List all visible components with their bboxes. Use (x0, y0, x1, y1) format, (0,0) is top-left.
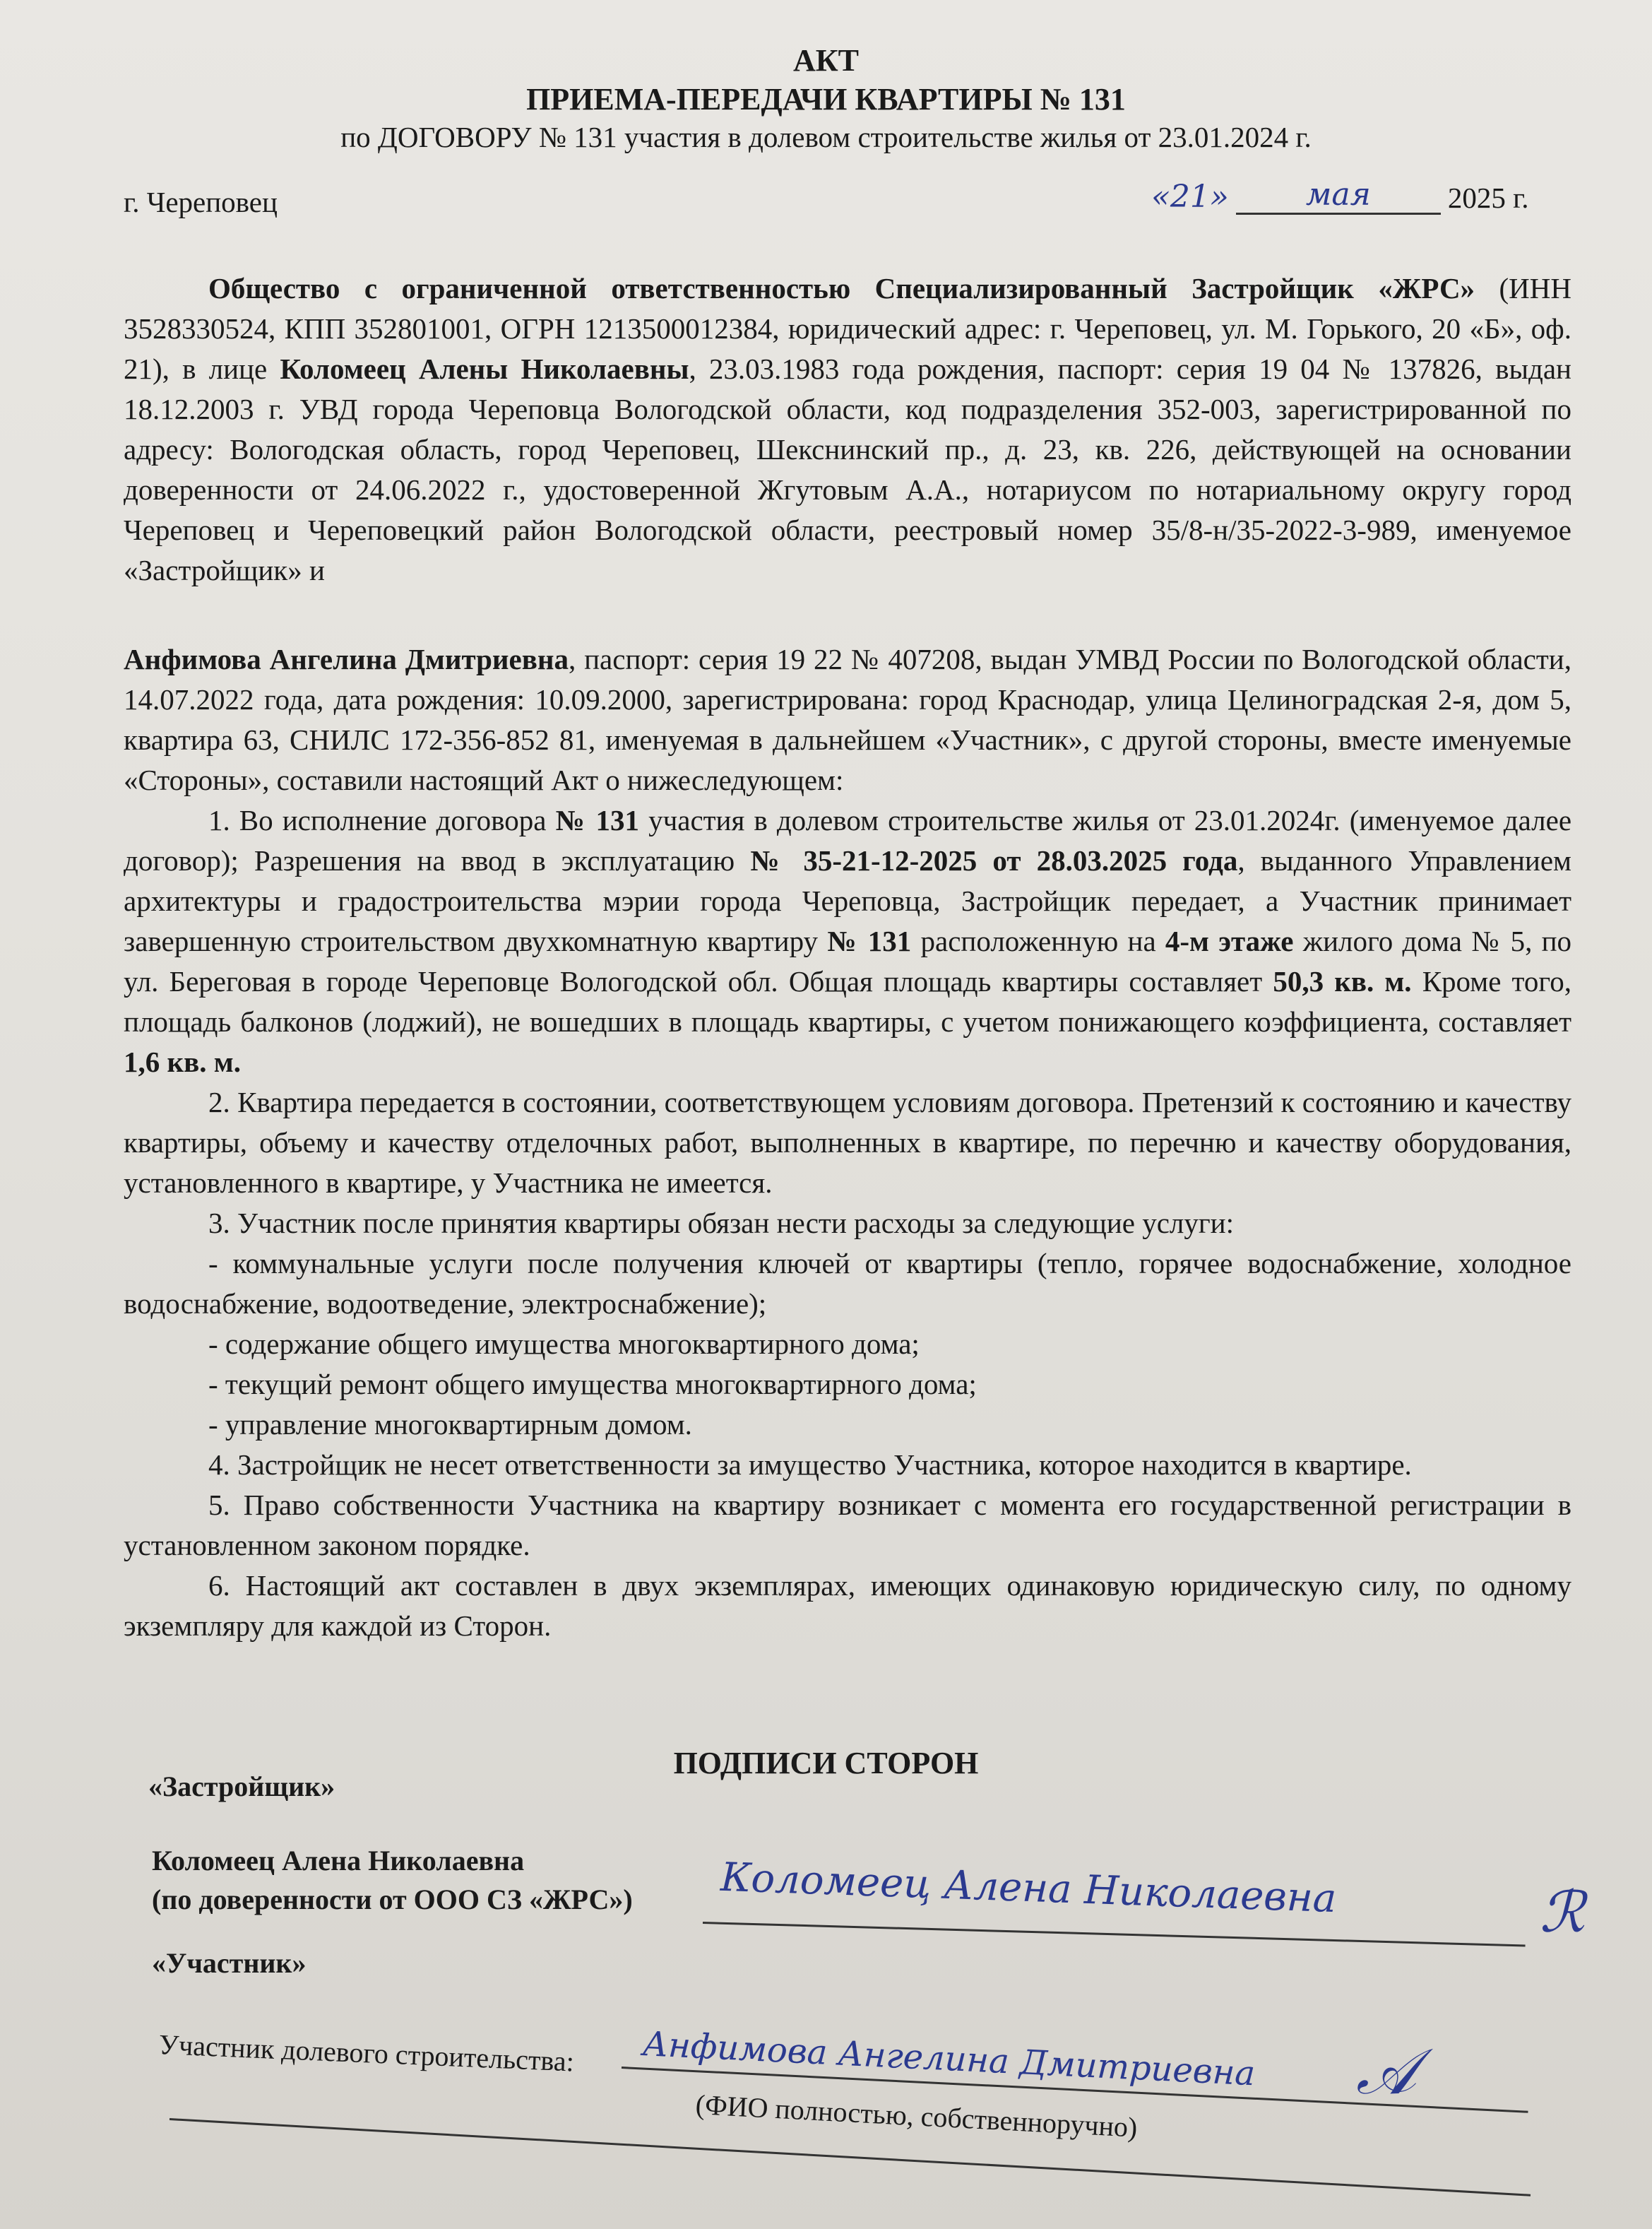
document-date: «21» мая 2025 г. (1151, 177, 1529, 215)
participant-name: Анфимова Ангелина Дмитриевна (124, 643, 569, 675)
clause-3-item: - содержание общего имущества многокварт… (124, 1324, 1571, 1364)
doc-subtitle: ПРИЕМА-ПЕРЕДАЧИ КВАРТИРЫ № 131 (0, 81, 1652, 117)
developer-company-name: Общество с ограниченной ответственностью… (208, 272, 1475, 305)
clause-3-item: - коммунальные услуги после получения кл… (124, 1243, 1571, 1324)
participant-signature-mark: 𝒜 (1356, 2035, 1416, 2110)
clause-5: 5. Право собственности Участника на квар… (124, 1485, 1571, 1566)
developer-signatory-basis: (по доверенности от ООО СЗ «ЖРС») (152, 1883, 633, 1916)
developer-signature-line (703, 1922, 1526, 1947)
participant-field-label: Участник долевого строительства: (158, 2028, 575, 2079)
clause-3-item: - управление многоквартирным домом. (124, 1405, 1571, 1445)
clause-2: 2. Квартира передается в состоянии, соот… (124, 1082, 1571, 1203)
clause-1: 1. Во исполнение договора № 131 участия … (124, 800, 1571, 1082)
city: г. Череповец (124, 185, 278, 219)
contract-reference: по ДОГОВОРУ № 131 участия в долевом стро… (0, 120, 1652, 154)
developer-label: «Застройщик» (148, 1770, 335, 1803)
developer-representative: Коломеец Алены Николаевны (280, 353, 689, 385)
year: 2025 г. (1448, 181, 1529, 215)
clause-6: 6. Настоящий акт составлен в двух экземп… (124, 1566, 1571, 1646)
handwritten-day: «21» (1151, 179, 1229, 215)
developer-signature-mark: ℛ (1540, 1879, 1585, 1945)
handwritten-month: мая (1236, 177, 1441, 215)
developer-paragraph: Общество с ограниченной ответственностью… (124, 268, 1571, 591)
participant-paragraph: Анфимова Ангелина Дмитриевна, паспорт: с… (124, 639, 1571, 1646)
participant-field-hint: (ФИО полностью, собственноручно) (695, 2088, 1139, 2144)
extra-signature-line (170, 2118, 1531, 2197)
clause-3: 3. Участник после принятия квартиры обяз… (124, 1203, 1571, 1243)
clause-4: 4. Застройщик не несет ответственности з… (124, 1445, 1571, 1485)
document-page: АКТ ПРИЕМА-ПЕРЕДАЧИ КВАРТИРЫ № 131 по ДО… (0, 0, 1652, 2229)
clause-3-item: - текущий ремонт общего имущества многок… (124, 1364, 1571, 1405)
developer-handwritten-signature: Коломеец Алена Николаевна (720, 1855, 1337, 1922)
doc-title: АКТ (0, 42, 1652, 78)
participant-label: «Участник» (152, 1946, 306, 1980)
developer-signatory-name: Коломеец Алена Николаевна (152, 1844, 524, 1877)
